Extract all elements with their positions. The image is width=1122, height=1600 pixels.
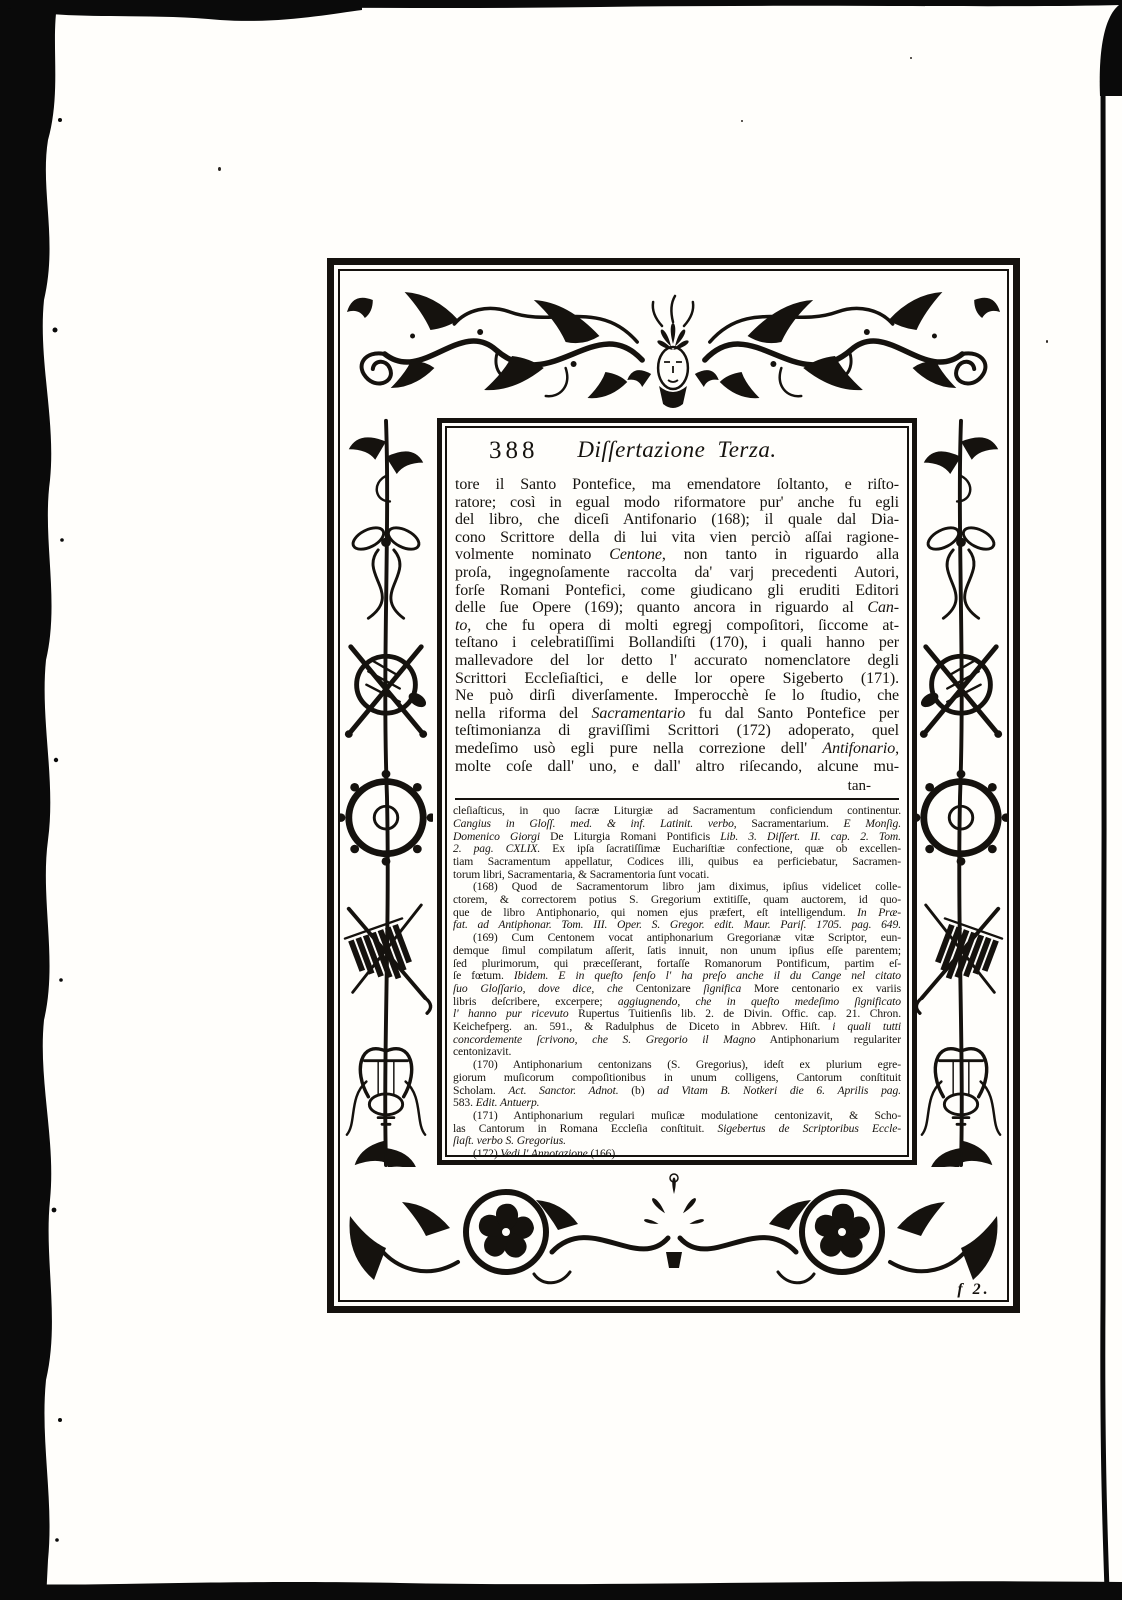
scan-speck xyxy=(1046,340,1048,343)
text-line: ratore; così in egual modo riformatore p… xyxy=(455,494,899,512)
text-line: volmente nominato Centone, non tanto in … xyxy=(455,546,899,564)
text-line: nella riforma del Sacramentario fu dal S… xyxy=(455,705,899,723)
text-line: cono Scrittore della di lui vita vien pe… xyxy=(455,529,899,547)
page-header: 388 Diſſertazione Terza. xyxy=(455,437,899,469)
scan-speck xyxy=(741,120,743,122)
engraved-border-frame: f 2. 388 Diſſertazione Terza. tore il Sa… xyxy=(327,258,1020,1313)
text-line: proſa, ingegnoſamente raccolta da' varj … xyxy=(455,564,899,582)
text-line: to, che fu opera di molti egregj compoſi… xyxy=(455,617,899,635)
text-line: forſe Romani Pontefici, come giudicano g… xyxy=(455,582,899,600)
bottom-ornament-rosette-scrollwork xyxy=(338,1168,1009,1302)
footnote-divider-rule xyxy=(455,798,899,800)
text-line: tore il Santo Pontefice, ma emendatore ſ… xyxy=(455,476,899,494)
text-line: concordemente ſcrivono, che S. Gregorio … xyxy=(453,1034,901,1047)
footnotes-block: cleſiaſticus, in quo ſacræ Liturgiæ ad S… xyxy=(453,805,901,1161)
text-line: mallevadore del lor detto l' accurato no… xyxy=(455,652,899,670)
top-ornament-scrollwork-mask xyxy=(339,272,1008,418)
scan-speck xyxy=(910,57,912,59)
right-ornament-musical-trophy xyxy=(914,417,1008,1167)
scan-speck xyxy=(218,167,221,171)
text-panel: 388 Diſſertazione Terza. tore il Santo P… xyxy=(437,418,917,1165)
scan-right-page-edge xyxy=(1090,0,1122,1600)
text-line: Ne può dirſi diverſamente. Imperocchè ſe… xyxy=(455,687,899,705)
catchword: tan- xyxy=(455,778,899,795)
text-line: delle ſue Opere (169); quanto ancora in … xyxy=(455,599,899,617)
scan-bottom-edge xyxy=(0,1570,1122,1600)
text-panel-inner: 388 Diſſertazione Terza. tore il Santo P… xyxy=(445,426,909,1157)
text-line: medeſimo usò egli pure nella correzione … xyxy=(455,740,899,758)
text-line: teſtimonianza di graviſſimi Scrittori (1… xyxy=(455,722,899,740)
text-line: (172) Vedi l' Annotazione (166). xyxy=(453,1148,901,1161)
text-line: molte coſe dall' uno, e dall' altro riſe… xyxy=(455,758,899,776)
text-line: teſtano i celebratiſſimi Bollandiſti (17… xyxy=(455,634,899,652)
scan-left-torn-edge xyxy=(0,0,70,1600)
page-number: 388 xyxy=(489,437,539,465)
scanned-book-page: f 2. 388 Diſſertazione Terza. tore il Sa… xyxy=(0,0,1122,1600)
text-line: del libro, che diceſi Antifonario (168);… xyxy=(455,511,899,529)
signature-mark: f 2. xyxy=(934,1281,1014,1299)
scan-top-edge xyxy=(0,0,1122,30)
body-text: tore il Santo Pontefice, ma emendatore ſ… xyxy=(455,476,899,775)
text-line: Scrittori Eccleſiaſtici, e delle lor ope… xyxy=(455,670,899,688)
left-ornament-musical-trophy xyxy=(339,417,433,1167)
